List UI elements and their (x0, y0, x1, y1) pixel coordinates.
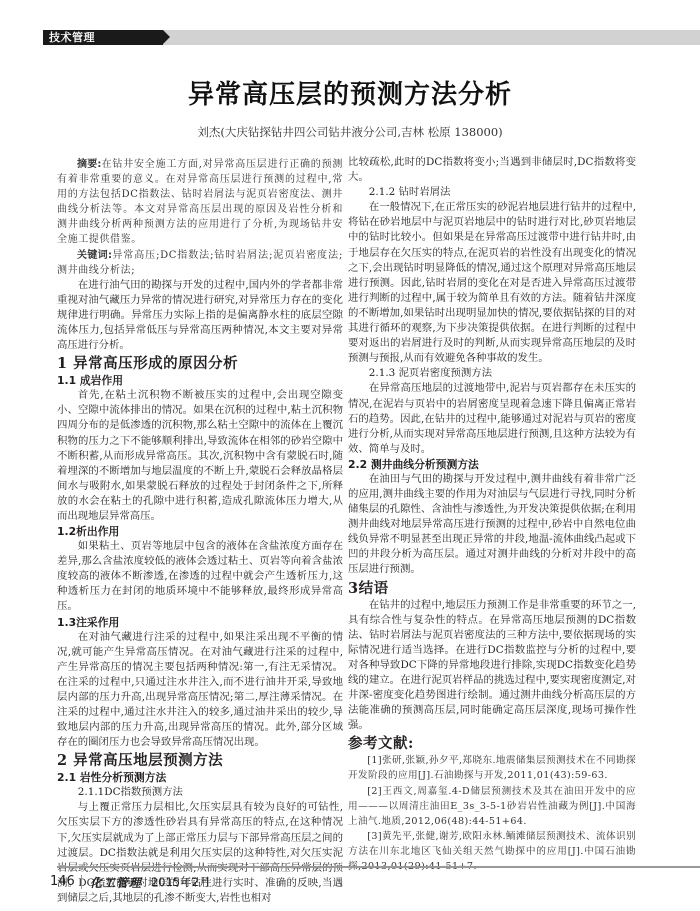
page-footer: 146 化工管理 2015年2月 (50, 872, 210, 892)
left-column: 摘要:在钻井安全施工方面,对异常高压层进行正确的预测有着非常重要的意义。在对异常… (57, 157, 343, 906)
section-2-1-3-text: 在异常高压地层的过渡地带中,泥岩与页岩都存在未压实的情况,在泥岩与页岩中的岩屑密… (348, 381, 636, 456)
keywords-label: 关键词: (77, 250, 112, 261)
author-affiliation: 刘杰(大庆钻探钻井四公司钻井液分公司,吉林 松原 138000) (0, 124, 700, 140)
section-1-heading: 1 异常高压形成的原因分析 (57, 354, 343, 373)
section-1-1-heading: 1.1 成岩作用 (57, 373, 343, 388)
section-2-heading: 2 异常高压地层预测方法 (57, 751, 343, 770)
reference-item: [2]王西文,周嘉玺.4-D储层预测技术及其在油田开发中的应用———以周清庄油田… (348, 784, 636, 829)
abstract-label: 摘要: (77, 159, 101, 170)
section-2-1-2-heading: 2.1.2 钻时岩屑法 (348, 185, 636, 200)
section-1-2-heading: 1.2析出作用 (57, 524, 343, 539)
abstract-text: 在钻井安全施工方面,对异常高压层进行正确的预测有着非常重要的意义。在对异常高压层… (57, 159, 343, 245)
section-2-1-1-heading: 2.1.1DC指数预测方法 (57, 785, 343, 800)
section-2-1-2-text: 在一般情况下,在正常压实的砂泥岩地层进行钻井的过程中,将钻在砂岩地层中与泥页岩地… (348, 200, 636, 366)
section-1-3-heading: 1.3注采作用 (57, 615, 343, 630)
journal-logo: 化工管理 (90, 874, 142, 891)
page-number: 146 (50, 875, 82, 889)
intro-paragraph: 在进行油气田的勘探与开发的过程中,国内外的学者都非常重视对油气藏压力异常的情况进… (57, 278, 343, 353)
section-1-2-text: 如果粘土、页岩等地层中包含的液体在含盐浓度方面存在差异,那么含盐浓度较低的液体会… (57, 539, 343, 614)
section-2-2-text: 在油田与气田的勘探与开发过程中,测井曲线有着非常广泛的应用,测井曲线主要的作用为… (348, 472, 636, 578)
footer-rule (57, 866, 700, 868)
article-title: 异常高压层的预测方法分析 (0, 74, 700, 111)
section-header-bar: 技术管理 (43, 30, 700, 45)
section-1-1-text: 首先,在粘土沉积物不断被压实的过程中,会出现空隙变小、空隙中流体排出的情况。如果… (57, 388, 343, 524)
reference-item: [1]张研,张颖,孙夕平,郑晓东.地震储集层预测技术在不同勘探开发阶段的应用[J… (348, 753, 636, 783)
section-tag: 技术管理 (43, 30, 120, 45)
keywords: 关键词:异常高压;DC指数法;钻时岩屑法;泥页岩密度法;测井曲线分析法; (57, 248, 343, 278)
abstract: 摘要:在钻井安全施工方面,对异常高压层进行正确的预测有着非常重要的意义。在对异常… (57, 157, 343, 248)
section-3-heading: 3结语 (348, 579, 636, 598)
section-tag-extension (120, 30, 163, 45)
section-1-3-text: 在对油气藏进行注采的过程中,如果注采出现不平衡的情况,就可能产生异常高压情况。在… (57, 630, 343, 751)
chevron-right-icon (163, 30, 170, 44)
section-2-1-1-text-continued: 比较疏松,此时的DC指数将变小;当遇到非储层时,DC指数将变大。 (348, 155, 636, 185)
issue-date: 2015年2月 (151, 874, 211, 890)
section-2-1-3-heading: 2.1.3 泥页岩密度预测方法 (348, 366, 636, 381)
right-column: 比较疏松,此时的DC指数将变小;当遇到非储层时,DC指数将变大。 2.1.2 钻… (348, 155, 636, 874)
references-list: [1]张研,张颖,孙夕平,郑晓东.地震储集层预测技术在不同勘探开发阶段的应用[J… (348, 753, 636, 874)
section-3-text: 在钻井的过程中,地层压力预测工作是非常重要的环节之一,具有综合性与复杂性的特点。… (348, 598, 636, 734)
references-heading: 参考文献: (348, 734, 636, 753)
section-2-1-heading: 2.1 岩性分析预测方法 (57, 770, 343, 785)
section-2-2-heading: 2.2 测井曲线分析预测方法 (348, 457, 636, 472)
